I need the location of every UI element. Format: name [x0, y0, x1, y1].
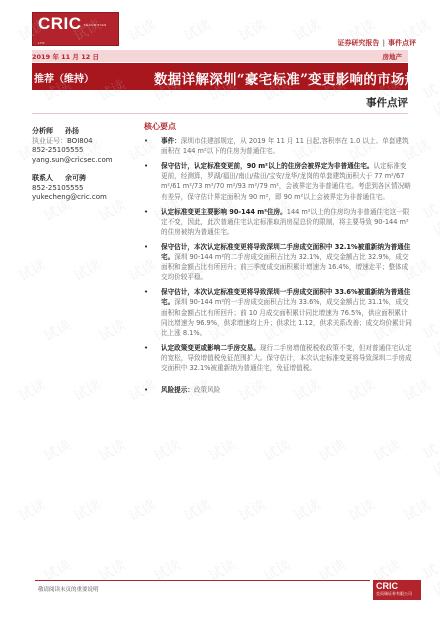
- section-title: 核心要点: [144, 122, 412, 132]
- risk-warning: 风险提示：政策风险: [144, 385, 412, 395]
- list-item: 保守估计，本次认定标准变更将导致深圳二手房成交面积中 32.1%被重新纳为普通住…: [144, 242, 412, 282]
- contact-name: 余可骋: [65, 174, 86, 182]
- list-item: 认定标准变更主要影响 90-144 m²住房。144 m²以上的住房均为非普通住…: [144, 207, 412, 237]
- watermark: 试读: [180, 494, 214, 525]
- bullet-lead: 保守估计，认定标准变更前，90 m²以上的住房会被界定为非普通住宅。: [161, 162, 373, 170]
- watermark: 试读: [180, 14, 214, 45]
- report-date: 2019 年 11 月 12 日: [32, 52, 99, 61]
- watermark: 试读: [15, 254, 49, 285]
- contact-email[interactable]: yukecheng@cric.com: [32, 193, 113, 203]
- list-item: 保守估计，认定标准变更前，90 m²以上的住房会被界定为非普通住宅。认定标准变更…: [144, 161, 412, 201]
- analyst-info: 分析师孙扬 执业证号：BOI804 852-25105555 yang.sun@…: [32, 127, 113, 203]
- bullet-lead: 事件：: [161, 137, 181, 145]
- analyst-name: 孙扬: [65, 127, 79, 135]
- title-bar: 推荐（维持） 数据详解深圳“豪宅标准”变更影响的市场规模: [32, 63, 408, 90]
- analyst-1: 分析师孙扬 执业证号：BOI804 852-25105555 yang.sun@…: [32, 127, 113, 165]
- watermark: 试读: [125, 494, 159, 525]
- contact-phone: 852-25105555: [32, 184, 113, 194]
- watermark: 试读: [15, 374, 49, 405]
- separator: |: [382, 39, 385, 47]
- watermark: 试读: [40, 434, 74, 465]
- contact-role: 联系人: [32, 174, 53, 182]
- list-item: 认定政策变更或影响二手房交易。现行二手房增值税税收政策不变，但对普通住宅认定的宽…: [144, 343, 412, 373]
- watermark: 试读: [15, 494, 49, 525]
- license-label: 执业证号：: [32, 137, 67, 145]
- report-kind-label: 事件点评: [388, 39, 416, 47]
- analyst-2: 联系人余可骋 852-25105555 yukecheng@cric.com: [32, 174, 113, 203]
- company-logo: CRICSECURITIES LTD 克而瑞证券有限公司: [32, 12, 119, 46]
- watermark: 试读: [419, 559, 440, 601]
- page-title: 数据详解深圳“豪宅标准”变更影响的市场规模: [154, 68, 432, 88]
- list-item: 保守估计，本次认定标准变更将导致深圳一手房成交面积中 33.6%被重新纳为普通住…: [144, 287, 412, 337]
- watermark: 试读: [235, 494, 269, 525]
- watermark: 试读: [315, 434, 349, 465]
- report-category-label: 证券研究报告: [337, 39, 379, 47]
- license-number: BOI804: [67, 137, 93, 145]
- watermark: 试读: [400, 494, 434, 525]
- bullet-text: 深圳 90-144 m²的一手房成交面积占比为 33.6%，成交金额占比 31.…: [161, 298, 412, 336]
- footer-divider: [35, 580, 370, 581]
- report-category: 证券研究报告|事件点评: [337, 38, 416, 48]
- watermark: 试读: [419, 199, 440, 241]
- footer-note: 敬请阅读末页的重要说明: [38, 585, 99, 593]
- watermark: 试读: [290, 14, 324, 45]
- watermark: 试读: [260, 434, 294, 465]
- watermark: 试读: [150, 434, 184, 465]
- risk-lead: 风险提示：: [161, 386, 194, 394]
- watermark: 试读: [345, 494, 379, 525]
- watermark: 试读: [70, 374, 104, 405]
- watermark: 试读: [205, 434, 239, 465]
- watermark: 试读: [70, 494, 104, 525]
- sector-label: 房地产: [383, 52, 403, 61]
- bullet-lead: 认定政策变更或影响二手房交易。: [161, 344, 260, 352]
- watermark: 试读: [370, 434, 404, 465]
- footer-logo-brand: CRIC: [376, 581, 418, 591]
- risk-text: 政策风险: [194, 386, 220, 394]
- list-item: 事件：深圳市住建部规定，从 2019 年 11 月 11 日起,容积率在 1.0…: [144, 136, 412, 156]
- bullet-lead: 认定标准变更主要影响 90-144 m²住房。: [161, 208, 287, 216]
- key-points: 核心要点 事件：深圳市住建部规定，从 2019 年 11 月 11 日起,容积率…: [144, 122, 412, 400]
- analyst-email[interactable]: yang.sun@cricsec.com: [32, 156, 113, 166]
- footer-logo: CRIC 克而瑞证券有限公司: [373, 580, 421, 600]
- watermark: 试读: [290, 494, 324, 525]
- watermark: 试读: [419, 319, 440, 361]
- date-bar: 2019 年 11 月 12 日 房地产: [32, 50, 408, 62]
- bullet-text: 深圳 90-144 m²的二手房成交面积占比为 32.1%，成交金额占比 32.…: [161, 253, 409, 281]
- logo-brand: CRICSECURITIES LTD: [38, 15, 113, 52]
- report-type-heading: 事件点评: [366, 95, 408, 110]
- rating-label: 推荐（维持）: [34, 70, 94, 85]
- watermark: 试读: [419, 439, 440, 481]
- watermark: 试读: [125, 14, 159, 45]
- watermark: 试读: [95, 314, 129, 345]
- watermark: 试读: [40, 314, 74, 345]
- analyst-phone: 852-25105555: [32, 146, 113, 156]
- footer-logo-company: 克而瑞证券有限公司: [376, 591, 418, 597]
- analyst-role: 分析师: [32, 127, 53, 135]
- watermark: 试读: [95, 434, 129, 465]
- divider: [32, 113, 408, 114]
- watermark: 试读: [70, 254, 104, 285]
- bullet-text: 深圳市住建部规定，从 2019 年 11 月 11 日起,容积率在 1.0 以上…: [161, 137, 409, 155]
- watermark: 试读: [235, 14, 269, 45]
